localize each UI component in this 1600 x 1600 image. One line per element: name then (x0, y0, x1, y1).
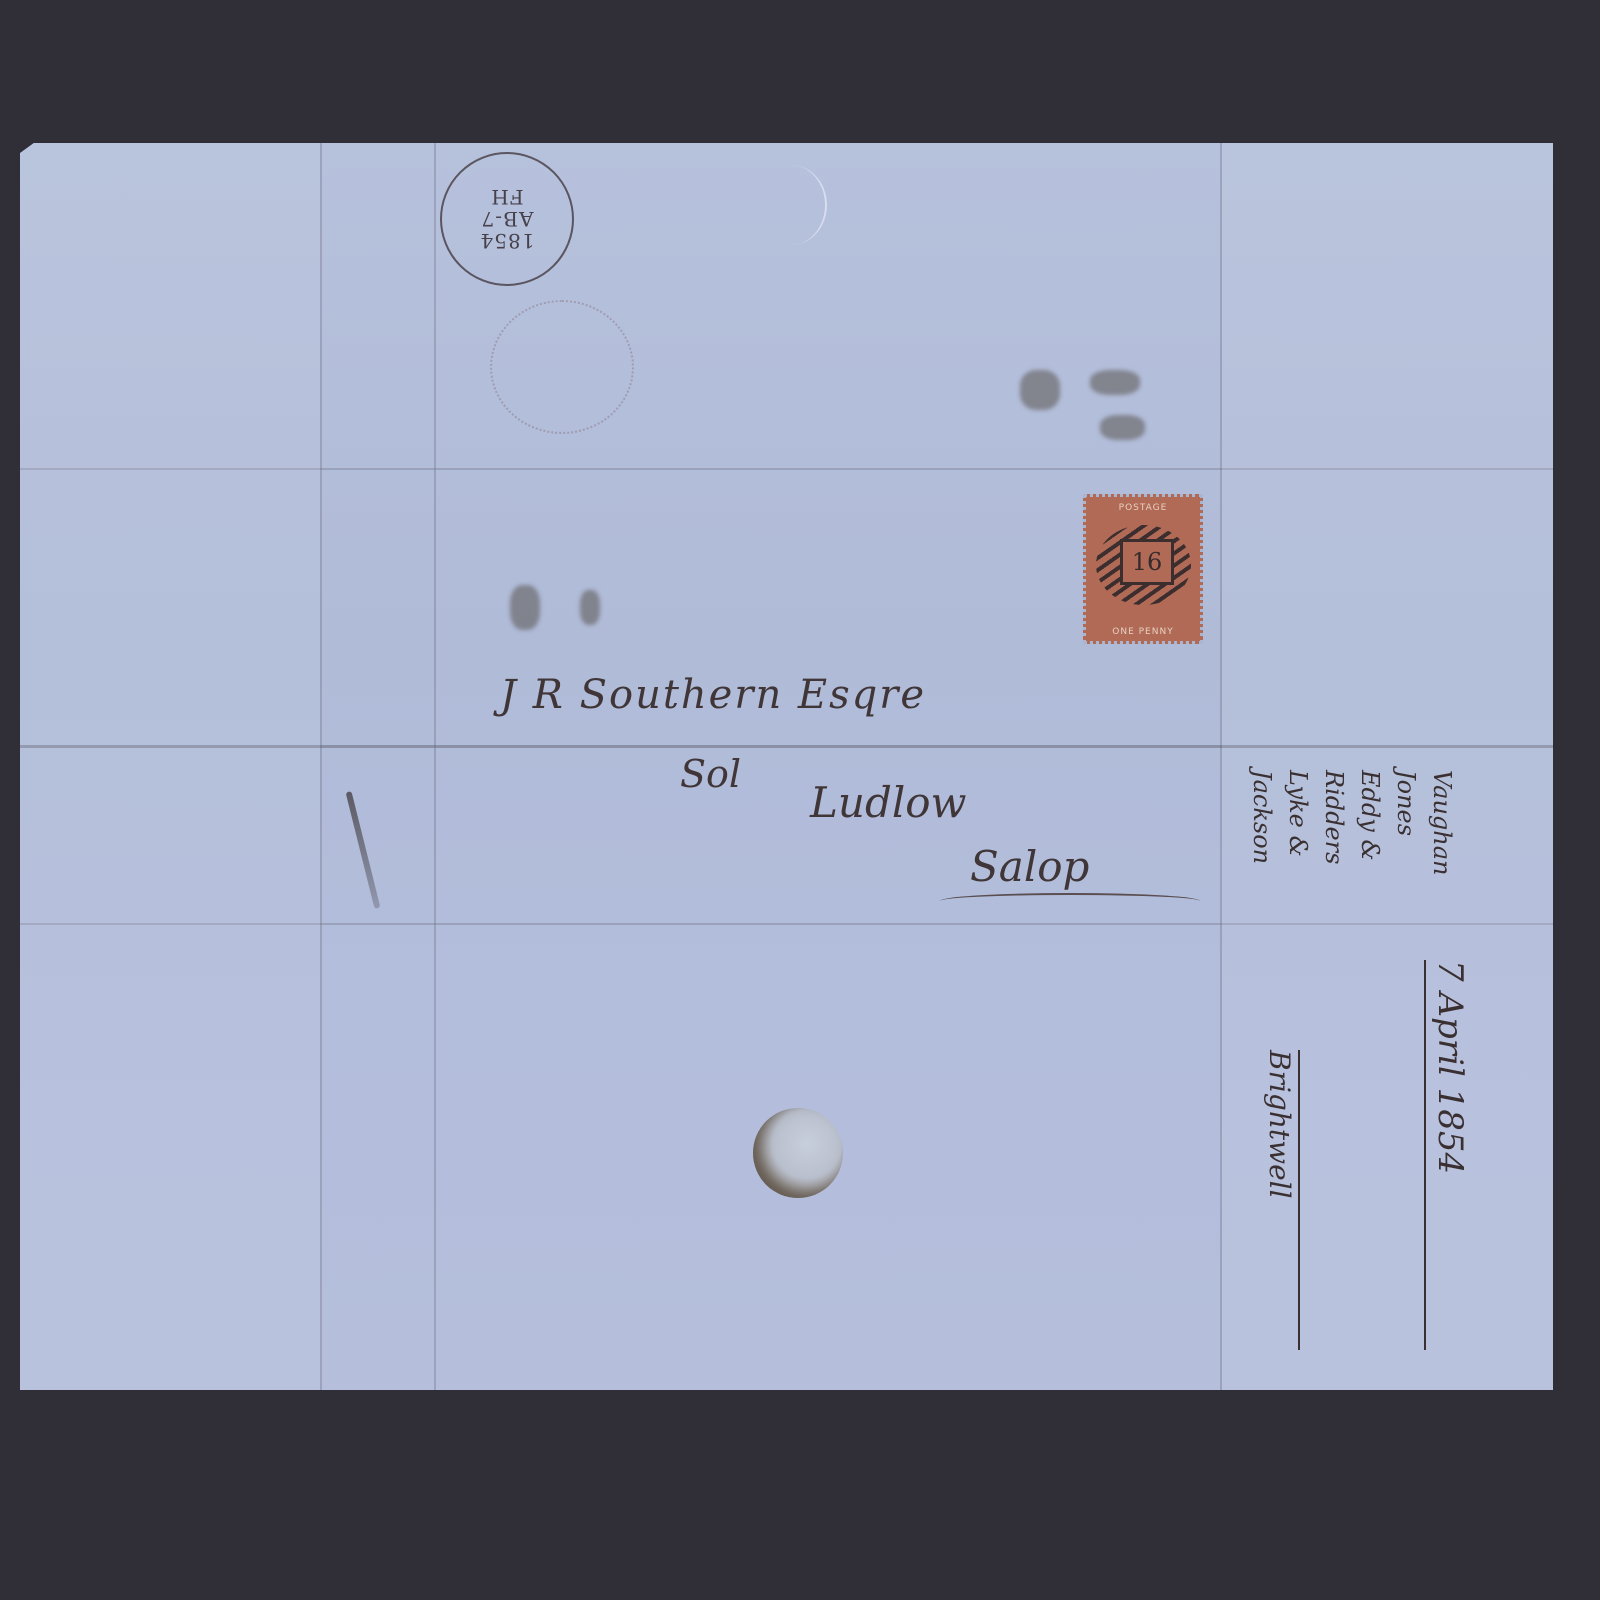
ink-offset-smudge (1020, 370, 1060, 410)
circular-datestamp: 1854 AB-7 FH (440, 152, 574, 286)
postmark-code: FH (490, 186, 523, 208)
docket-line: Lyke & Jackson (1244, 770, 1316, 910)
docket-date: 7 April 1854 (1424, 960, 1470, 1350)
ink-offset-smudge (1100, 415, 1145, 440)
faint-postmark (490, 300, 634, 434)
ink-offset-smudge (510, 585, 540, 630)
fold-line-vertical (320, 143, 322, 1390)
address-line-name: J R Southern Esqre (500, 672, 926, 718)
letter-sheet (20, 143, 1553, 1390)
docket-line: Vaughan Jones (1388, 770, 1460, 910)
ink-offset-smudge (1090, 370, 1140, 395)
postmark-date: AB-7 (481, 208, 534, 230)
address-line-title: Sol (680, 752, 741, 796)
docket-line: Eddy & Ridders (1316, 770, 1388, 910)
wax-seal-remnant (753, 1108, 843, 1198)
stamp-value-text: ONE PENNY (1086, 627, 1200, 637)
address-line-county: Salop (970, 842, 1089, 891)
docket-notes: Vaughan Jones Eddy & Ridders Lyke & Jack… (1244, 770, 1460, 910)
fold-line-vertical (434, 143, 436, 1390)
docket-date-text: 7 April 1854 (1424, 960, 1470, 1350)
embossed-seal-mark (755, 165, 827, 245)
postmark-year: 1854 (480, 230, 535, 252)
docket-signature: Brightwell (1263, 1050, 1300, 1350)
stamp-top-text: POSTAGE (1086, 503, 1200, 513)
ink-offset-smudge (580, 590, 600, 625)
address-line-town: Ludlow (810, 778, 967, 827)
cancel-numeral: 16 (1120, 539, 1174, 585)
left-panel (20, 143, 320, 1390)
penny-red-stamp: POSTAGE 16 ONE PENNY (1083, 494, 1203, 644)
address-flourish (940, 893, 1200, 909)
